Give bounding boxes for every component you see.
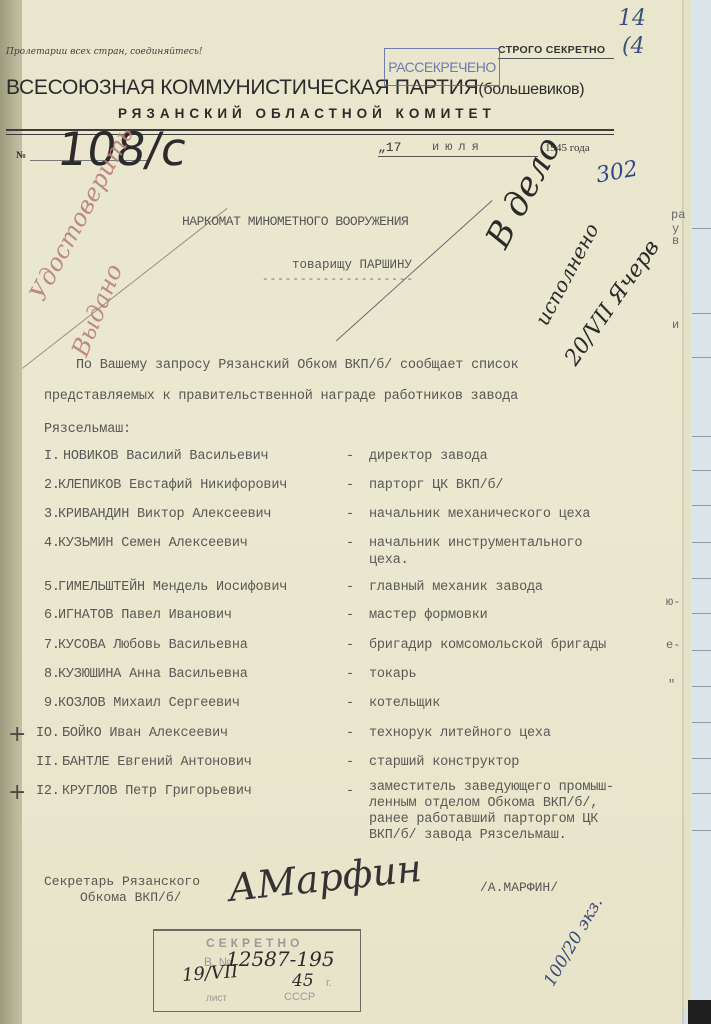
nominee-role: старший конструктор — [369, 755, 519, 770]
nominee-dash: - — [346, 784, 354, 799]
nominee-role-continued: ленным отделом Обкома ВКП/б/, — [369, 796, 598, 811]
classification-underline — [498, 58, 614, 59]
number-label: № — [16, 150, 26, 161]
nominee-name: КРИВАНДИН Виктор Алексеевич — [58, 507, 271, 522]
nominee-role-continued: ранее работавший парторгом ЦК — [369, 812, 598, 827]
adjacent-page-rule — [692, 830, 711, 831]
nominee-role: заместитель заведующего промыш- — [369, 780, 614, 795]
body-paragraph-line: Рязсельмаш: — [44, 422, 131, 437]
adjacent-page-rule — [692, 470, 711, 471]
nominee-dash: - — [346, 696, 354, 711]
cross-mark-icon: + — [8, 722, 26, 747]
scan-background — [688, 1000, 711, 1024]
adjacent-page-rule — [692, 722, 711, 723]
adjacent-page-rule — [692, 686, 711, 687]
adjacent-page-rule — [692, 793, 711, 794]
nominee-dash: - — [346, 478, 354, 493]
nominee-role: бригадир комсомольской бригады — [369, 638, 606, 653]
signatory-name: /А.МАРФИН/ — [480, 880, 558, 895]
nominee-role: технорук литейного цеха — [369, 726, 551, 741]
nominee-dash: - — [346, 608, 354, 623]
declassified-stamp: РАССЕКРЕЧЕНО — [384, 48, 500, 86]
margin-fragment: " — [668, 678, 675, 692]
adjacent-page-rule — [692, 542, 711, 543]
adjacent-page-rule — [692, 578, 711, 579]
date-month: июля — [432, 140, 485, 154]
adjacent-page-rule — [692, 613, 711, 614]
nominee-name: КЛЕПИКОВ Евстафий Никифорович — [58, 478, 287, 493]
nominee-dash: - — [346, 507, 354, 522]
addressee-underline: -------------------- — [262, 274, 414, 286]
adjacent-page-rule — [692, 357, 711, 358]
nominee-number: I. — [44, 449, 60, 464]
stamp-number-handwritten: 12587-195 — [226, 947, 335, 971]
stamp-date-handwritten: 19/VII — [181, 961, 239, 986]
body-paragraph-line: По Вашему запросу Рязанский Обком ВКП/б/… — [76, 358, 518, 373]
nominee-name: БАНТЛЕ Евгений Антонович — [62, 755, 252, 770]
margin-fragment: ра — [671, 209, 681, 221]
adjacent-page — [690, 0, 711, 1024]
nominee-role: начальник механического цеха — [369, 507, 590, 522]
body-paragraph-line: представляемых к правительственной награ… — [44, 389, 518, 404]
nominee-role: директор завода — [369, 449, 488, 464]
nominee-role: парторг ЦК ВКП/б/ — [369, 478, 503, 493]
nominee-role: начальник инструментального — [369, 536, 582, 551]
nominee-role-continued: цеха. — [369, 553, 409, 568]
nominee-name: БОЙКО Иван Алексеевич — [62, 726, 228, 741]
nominee-role: котельщик — [369, 696, 440, 711]
classification-label: СТРОГО СЕКРЕТНО — [498, 44, 605, 56]
page-number-handwritten: (4 — [622, 34, 645, 59]
adjacent-page-rule — [692, 313, 711, 314]
nominee-name: НОВИКОВ Василий Васильевич — [63, 449, 268, 464]
nominee-dash: - — [346, 726, 354, 741]
nominee-dash: - — [346, 536, 354, 551]
nominee-role: главный механик завода — [369, 580, 543, 595]
signatory-title-line: Обкома ВКП/б/ — [80, 890, 181, 906]
margin-fragment: е- — [666, 638, 680, 652]
margin-fragment: ю- — [666, 595, 680, 609]
nominee-dash: - — [346, 667, 354, 682]
nominee-dash: - — [346, 638, 354, 653]
nominee-number: II. — [36, 755, 60, 770]
slogan: Пролетарии всех стран, соединяйтесь! — [6, 47, 202, 57]
nominee-name: КОЗЛОВ Михаил Сергеевич — [58, 696, 240, 711]
nominee-dash: - — [346, 755, 354, 770]
nominee-name: КУЗЮШИНА Анна Васильевна — [58, 667, 248, 682]
stamp-country: СССР — [284, 991, 315, 1003]
stamp-year-handwritten: 45 — [292, 971, 314, 991]
addressee-person: товарищу ПАРШИНУ — [292, 258, 412, 272]
committee-name: РЯЗАНСКИЙ ОБЛАСТНОЙ КОМИТЕТ — [118, 106, 496, 121]
stamp-sheet-label: лист — [206, 993, 227, 1004]
nominee-number: IO. — [36, 726, 60, 741]
adjacent-page-rule — [692, 436, 711, 437]
date-year-suffix: года — [570, 142, 590, 154]
adjacent-page-rule — [692, 758, 711, 759]
signatory-title-line: Секретарь Рязанского — [44, 874, 200, 890]
nominee-name: КУЗЬМИН Семен Алексеевич — [58, 536, 248, 551]
nominee-name: ГИМЕЛЬШТЕЙН Мендель Иосифович — [58, 580, 287, 595]
adjacent-page-rule — [692, 228, 711, 229]
stamp-year-suffix: г. — [326, 977, 332, 989]
margin-fragment: и — [672, 318, 679, 332]
nominee-name: КУСОВА Любовь Васильевна — [58, 638, 248, 653]
nominee-dash: - — [346, 580, 354, 595]
nominee-role: мастер формовки — [369, 608, 488, 623]
adjacent-page-rule — [692, 650, 711, 651]
nominee-role: токарь — [369, 667, 416, 682]
page-number-handwritten: 14 — [618, 6, 646, 31]
addressee-organization: НАРКОМАТ МИНОМЕТНОГО ВООРУЖЕНИЯ — [182, 214, 408, 229]
receipt-stamp: СЕКРЕТНО В. № 12587-195 45 г. 19/VII лис… — [153, 929, 361, 1012]
nominee-number: I2. — [36, 784, 60, 799]
nominee-name: ИГНАТОВ Павел Иванович — [58, 608, 232, 623]
adjacent-page-rule — [692, 505, 711, 506]
margin-fragment: в — [672, 234, 679, 248]
nominee-dash: - — [346, 449, 354, 464]
date-day: „17 — [378, 140, 401, 155]
date-underline — [378, 156, 538, 157]
nominee-role-continued: ВКП/б/ завода Рязсельмаш. — [369, 828, 567, 843]
cross-mark-icon: + — [8, 780, 26, 805]
nominee-name: КРУГЛОВ Петр Григорьевич — [62, 784, 252, 799]
